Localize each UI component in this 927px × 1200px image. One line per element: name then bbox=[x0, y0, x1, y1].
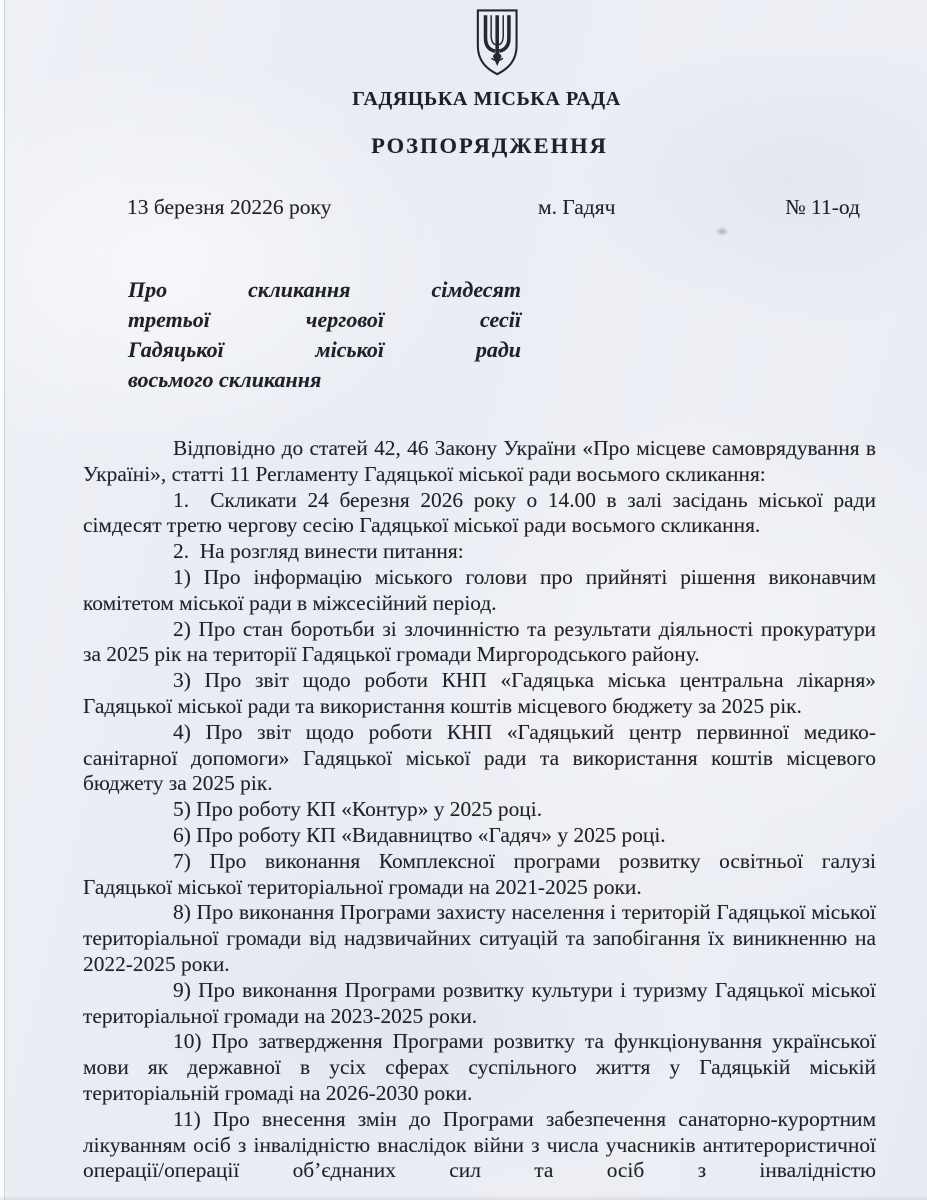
organization-name: ГАДЯЦЬКА МІСЬКА РАДА bbox=[90, 87, 883, 111]
body-paragraph-item-1: 1. Скликати 24 березня 2026 року о 14.00… bbox=[83, 488, 876, 540]
document-place: м. Гадяч bbox=[538, 194, 615, 220]
document-subject: Про скликання сімдесят третьої чергової … bbox=[128, 275, 521, 395]
subject-line: восьмого скликання bbox=[128, 365, 521, 395]
agenda-item-2: 2) Про стан боротьби зі злочинністю та р… bbox=[83, 617, 876, 669]
scan-edge-left bbox=[0, 0, 5, 1200]
meta-row: 13 березня 20226 року м. Гадяч № 11-од bbox=[83, 194, 876, 220]
trident-emblem-icon bbox=[101, 8, 894, 79]
document-content: ГАДЯЦЬКА МІСЬКА РАДА РОЗПОРЯДЖЕННЯ 13 бе… bbox=[83, 0, 876, 1184]
agenda-item-9: 9) Про виконання Програми розвитку культ… bbox=[83, 978, 876, 1030]
agenda-item-5: 5) Про роботу КП «Контур» у 2025 році. bbox=[83, 797, 876, 823]
body-paragraph-intro: Відповідно до статей 42, 46 Закону Украї… bbox=[83, 436, 876, 488]
agenda-item-11: 11) Про внесення змін до Програми забезп… bbox=[83, 1107, 876, 1184]
scanned-document-page: ГАДЯЦЬКА МІСЬКА РАДА РОЗПОРЯДЖЕННЯ 13 бе… bbox=[0, 0, 927, 1200]
document-type-title: РОЗПОРЯДЖЕННЯ bbox=[93, 133, 886, 159]
subject-line: третьої чергової сесії bbox=[128, 305, 521, 335]
agenda-item-4: 4) Про звіт щодо роботи КНП «Гадяцький ц… bbox=[83, 720, 876, 797]
agenda-item-7: 7) Про виконання Комплексної програми ро… bbox=[83, 849, 876, 901]
body-paragraph-item-2: 2. На розгляд винести питання: bbox=[83, 539, 876, 565]
subject-line: Про скликання сімдесят bbox=[128, 275, 521, 305]
agenda-item-1: 1) Про інформацію міського голови про пр… bbox=[83, 565, 876, 617]
agenda-item-8: 8) Про виконання Програми захисту населе… bbox=[83, 900, 876, 977]
document-date: 13 березня 20226 року bbox=[127, 194, 331, 220]
document-body: Відповідно до статей 42, 46 Закону Украї… bbox=[83, 436, 876, 1184]
agenda-item-10: 10) Про затвердження Програми розвитку т… bbox=[83, 1029, 876, 1106]
document-header: ГАДЯЦЬКА МІСЬКА РАДА РОЗПОРЯДЖЕННЯ bbox=[83, 8, 876, 159]
document-number: № 11-од bbox=[785, 194, 860, 220]
agenda-item-3: 3) Про звіт щодо роботи КНП «Гадяцька мі… bbox=[83, 668, 876, 720]
agenda-item-6: 6) Про роботу КП «Видавництво «Гадяч» у … bbox=[83, 823, 876, 849]
scan-edge-bottom bbox=[0, 1196, 927, 1200]
subject-line: Гадяцької міської ради bbox=[128, 335, 521, 365]
